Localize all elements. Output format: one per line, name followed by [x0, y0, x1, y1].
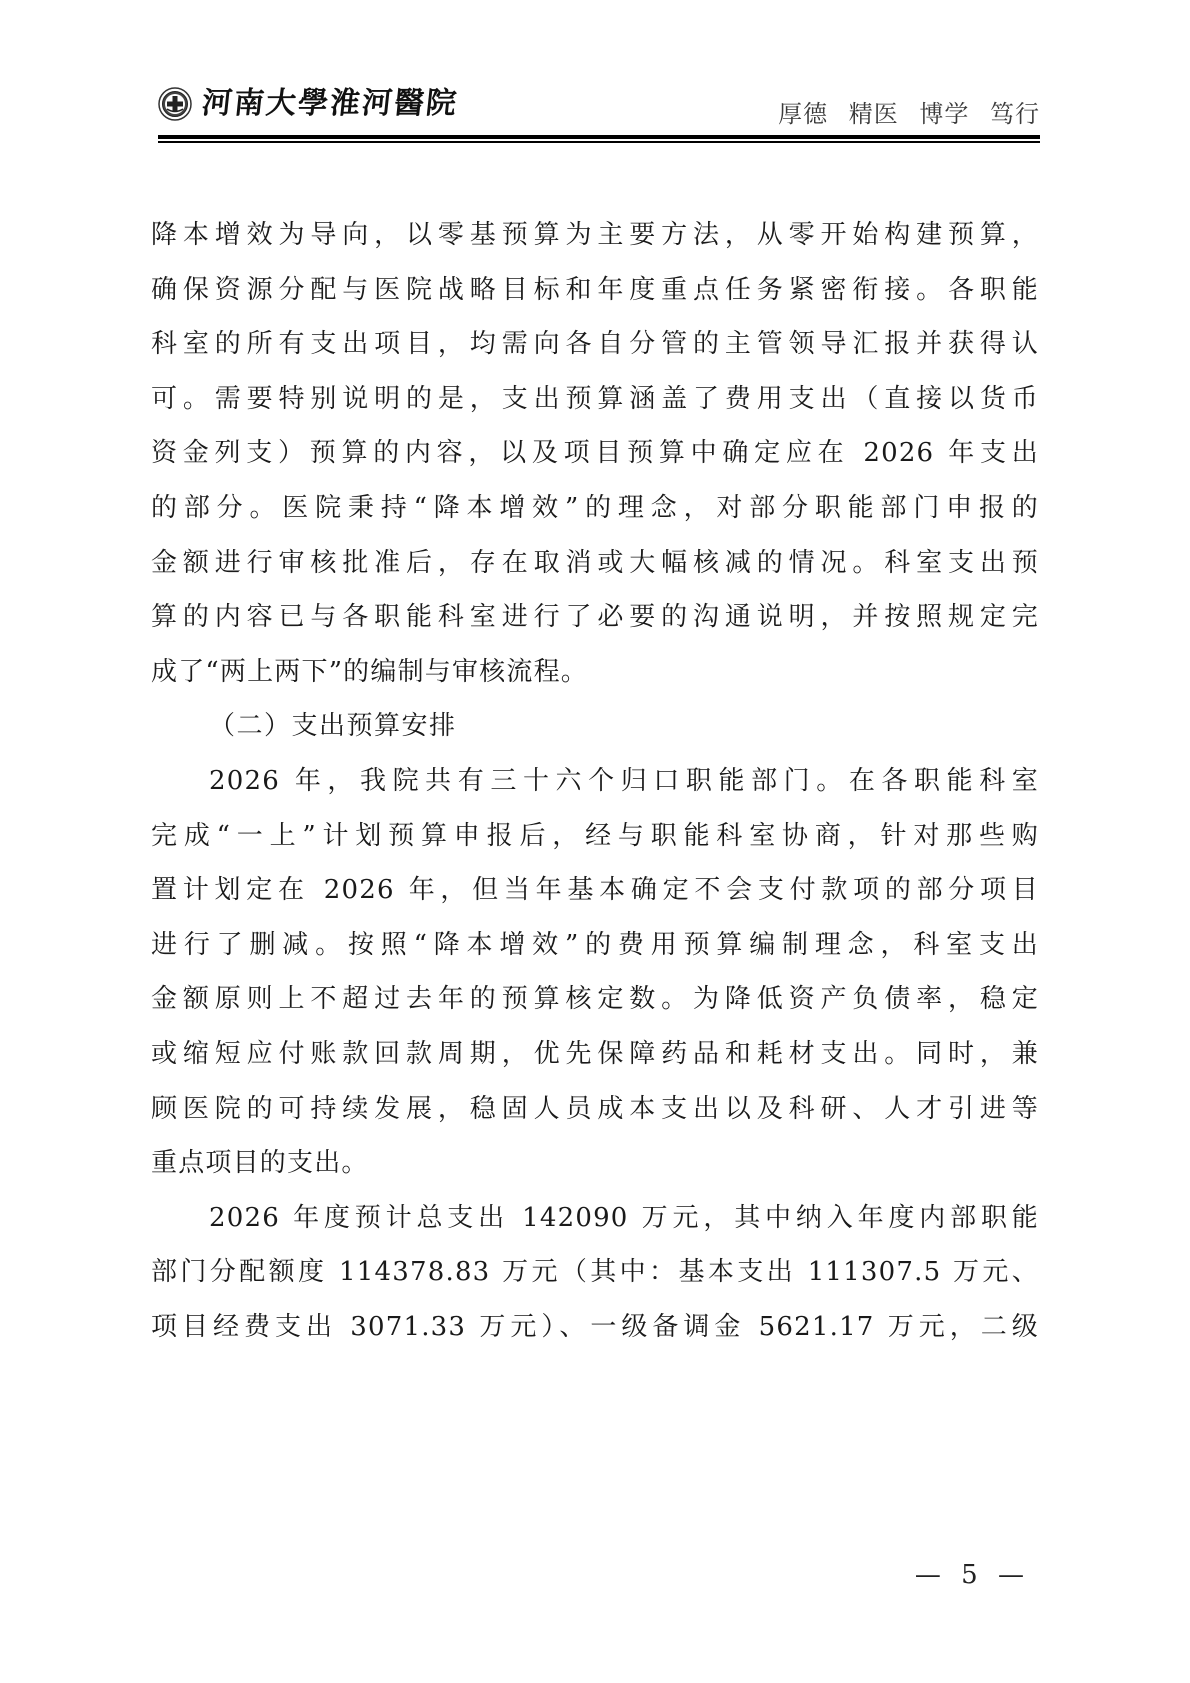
document-body: 降本增效为导向，以零基预算为主要方法，从零开始构建预算， 确保资源分配与医院战略… — [151, 208, 1039, 1354]
paragraph-continued: 降本增效为导向，以零基预算为主要方法，从零开始构建预算， 确保资源分配与医院战略… — [151, 208, 1039, 699]
text-line: 成了“两上两下”的编制与审核流程。 — [151, 645, 1039, 700]
text-line: 的部分。医院秉持“降本增效”的理念，对部分职能部门申报的 — [151, 481, 1039, 536]
text-line: 进行了删减。按照“降本增效”的费用预算编制理念，科室支出 — [151, 918, 1039, 973]
page-header: 河南大學淮河醫院 厚德 精医 博学 笃行 — [158, 78, 1040, 148]
hospital-emblem-icon — [158, 87, 192, 121]
text-line: 或缩短应付账款回款周期，优先保障药品和耗材支出。同时，兼 — [151, 1027, 1039, 1082]
text-line: 顾医院的可持续发展，稳固人员成本支出以及科研、人才引进等 — [151, 1082, 1039, 1137]
text-line: 金额原则上不超过去年的预算核定数。为降低资产负债率，稳定 — [151, 972, 1039, 1027]
text-line: 降本增效为导向，以零基预算为主要方法，从零开始构建预算， — [151, 208, 1039, 263]
text-line: 完成“一上”计划预算申报后，经与职能科室协商，针对那些购 — [151, 809, 1039, 864]
text-line: 置计划定在 2026 年，但当年基本确定不会支付款项的部分项目 — [151, 863, 1039, 918]
text-line: 2026 年，我院共有三十六个归口职能部门。在各职能科室 — [151, 754, 1039, 809]
hospital-motto: 厚德 精医 博学 笃行 — [778, 94, 1040, 129]
text-line: 确保资源分配与医院战略目标和年度重点任务紧密衔接。各职能 — [151, 263, 1039, 318]
text-line: 项目经费支出 3071.33 万元）、一级备调金 5621.17 万元，二级 — [151, 1300, 1039, 1355]
text-line: 部门分配额度 114378.83 万元（其中：基本支出 111307.5 万元、 — [151, 1245, 1039, 1300]
paragraph-total-expenditure: 2026 年度预计总支出 142090 万元，其中纳入年度内部职能 部门分配额度… — [151, 1191, 1039, 1355]
section-heading: （二）支出预算安排 — [151, 699, 1039, 754]
text-line: 算的内容已与各职能科室进行了必要的沟通说明，并按照规定完 — [151, 590, 1039, 645]
text-line: 金额进行审核批准后，存在取消或大幅核减的情况。科室支出预 — [151, 536, 1039, 591]
hospital-name: 河南大學淮河醫院 — [200, 86, 460, 122]
paragraph-expenditure-arrangement: 2026 年，我院共有三十六个归口职能部门。在各职能科室 完成“一上”计划预算申… — [151, 754, 1039, 1191]
text-line: 重点项目的支出。 — [151, 1136, 1039, 1191]
text-line: 科室的所有支出项目，均需向各自分管的主管领导汇报并获得认 — [151, 317, 1039, 372]
hospital-logo-group: 河南大學淮河醫院 — [158, 86, 458, 122]
header-rule-thick — [158, 135, 1040, 139]
text-line: 可。需要特别说明的是，支出预算涵盖了费用支出（直接以货币 — [151, 372, 1039, 427]
motto-word: 精医 — [849, 100, 899, 128]
motto-word: 博学 — [919, 100, 969, 128]
motto-word: 厚德 — [778, 100, 828, 128]
text-line: 资金列支）预算的内容，以及项目预算中确定应在 2026 年支出 — [151, 426, 1039, 481]
header-rule-thin — [158, 141, 1040, 143]
page-number: — 5 — — [0, 1560, 1190, 1590]
motto-word: 笃行 — [990, 100, 1040, 128]
text-line: 2026 年度预计总支出 142090 万元，其中纳入年度内部职能 — [151, 1191, 1039, 1246]
